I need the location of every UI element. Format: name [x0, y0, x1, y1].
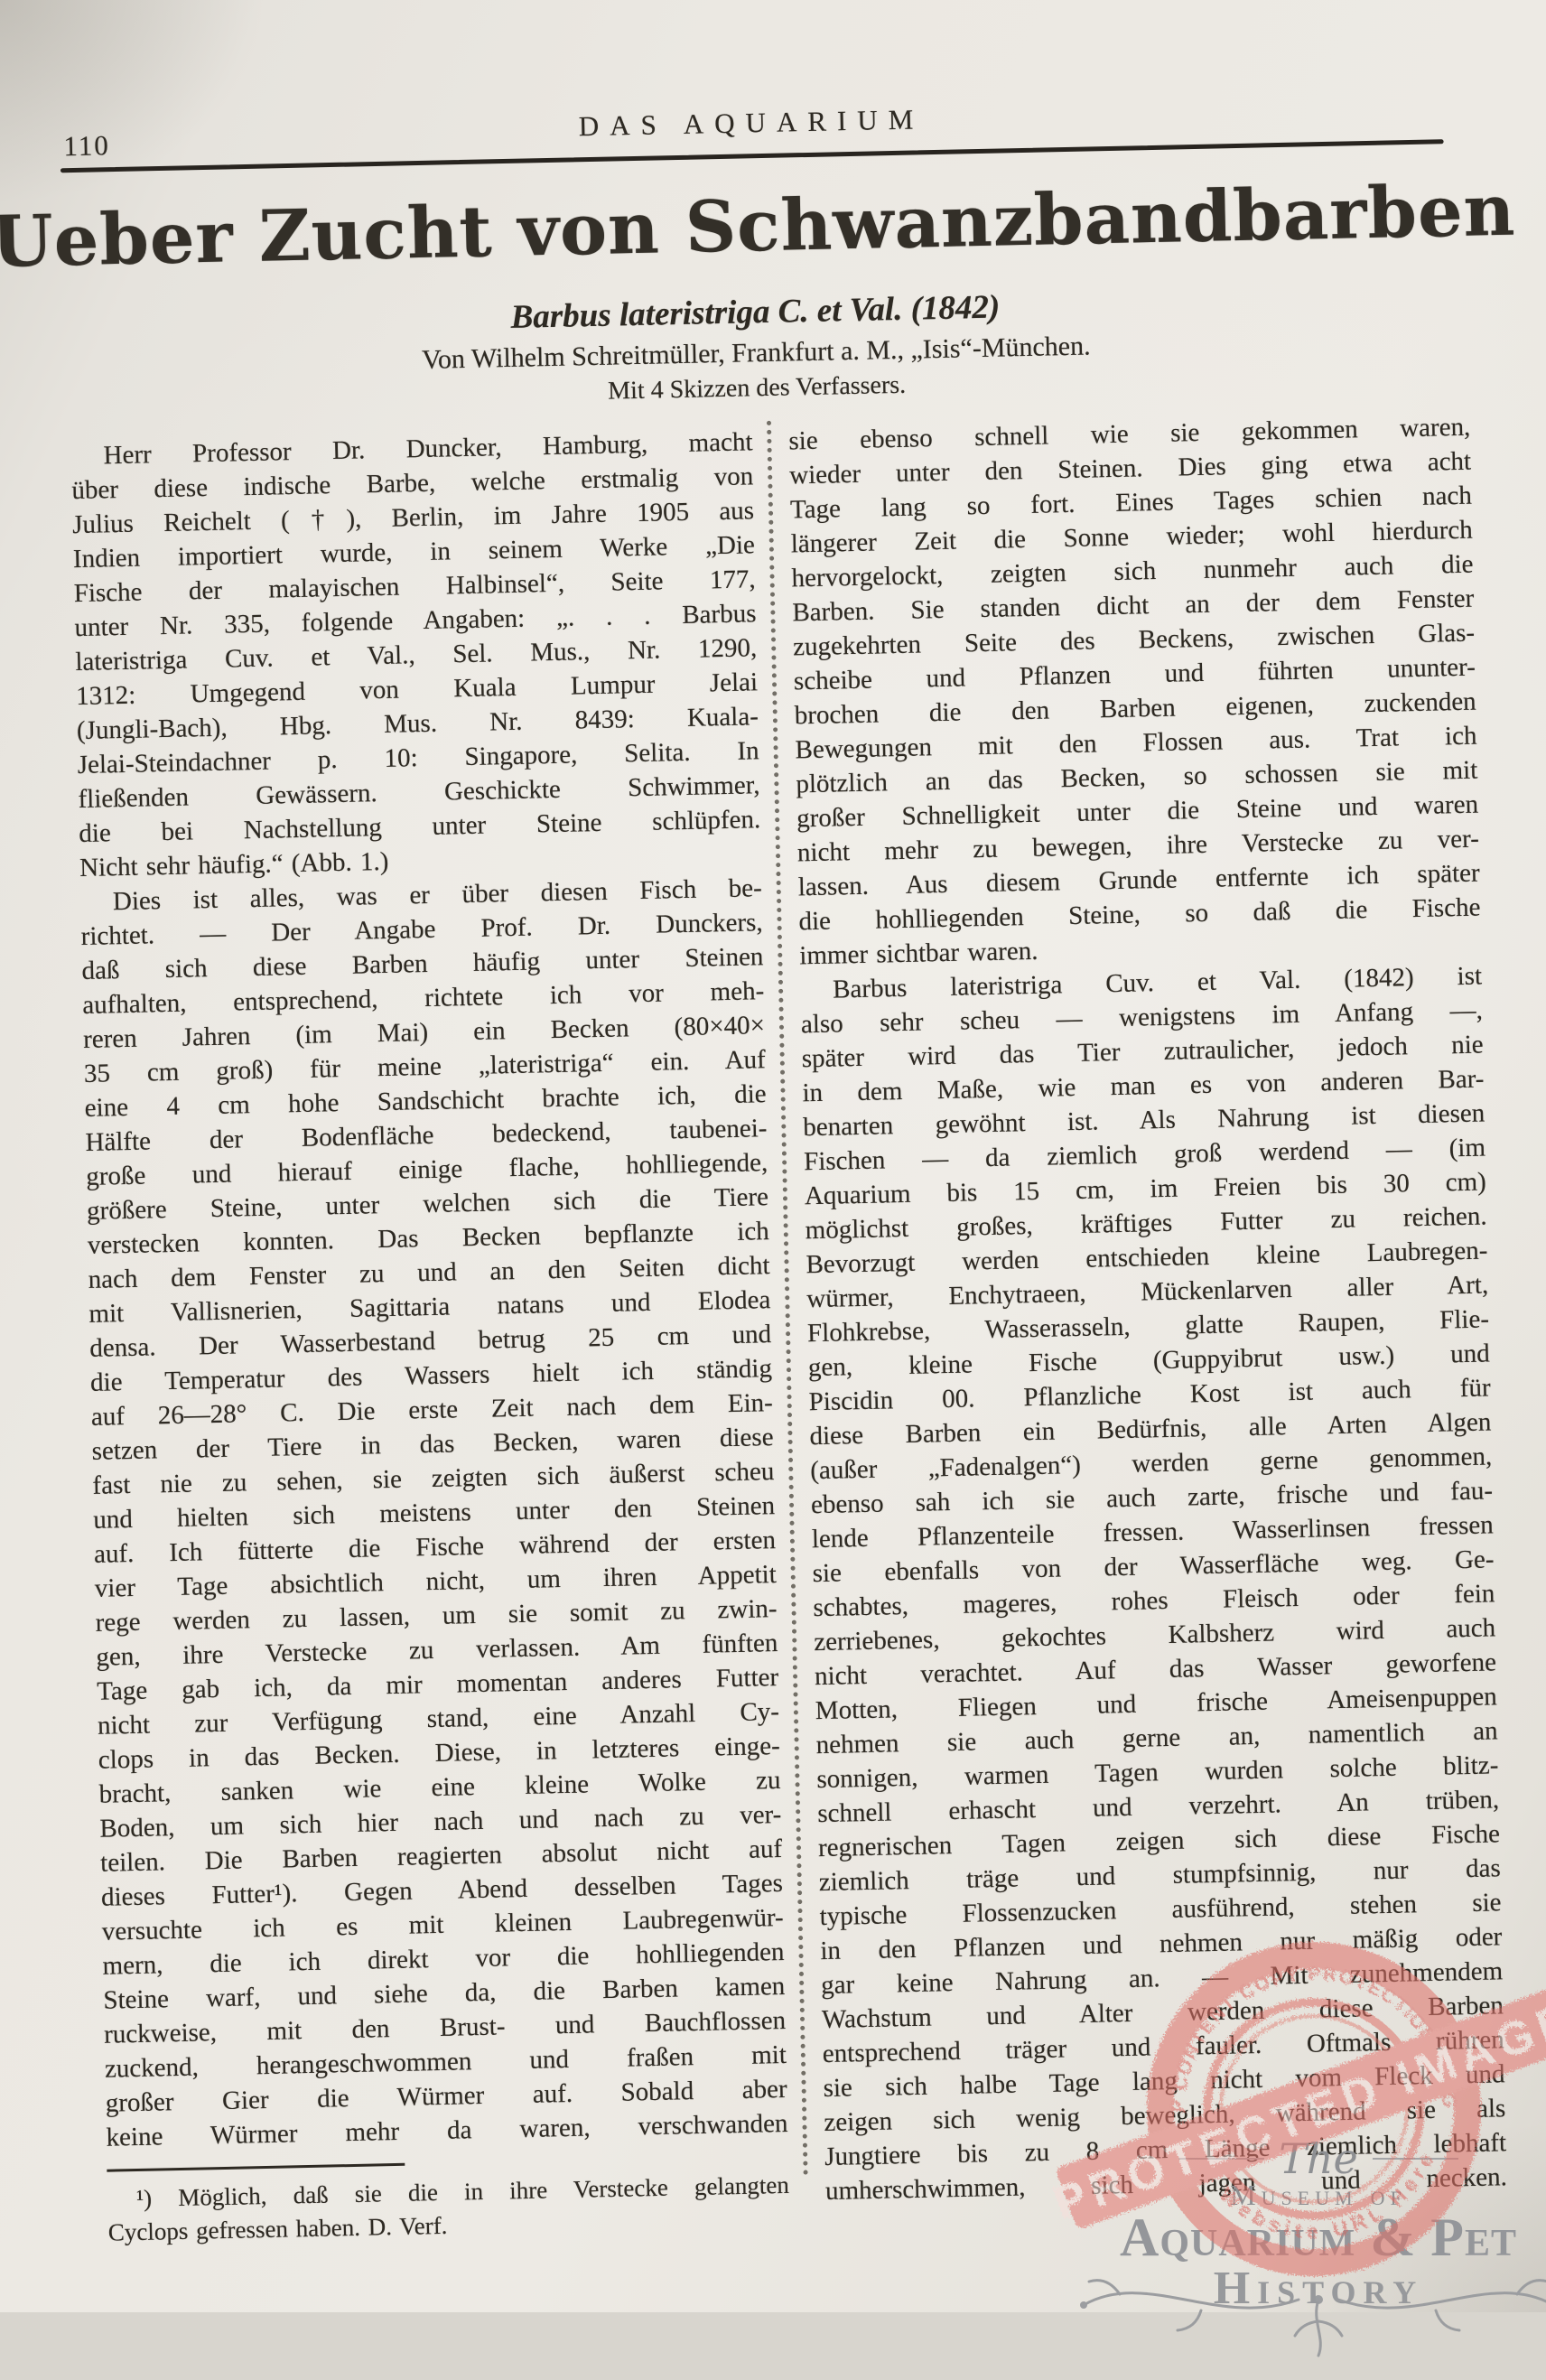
museum-logo: The Museum of Aquarium & Pet History [1038, 2137, 1546, 2312]
logo-dash-left [1178, 2158, 1264, 2160]
paragraph: sie ebenso schnell wie sie gekommen ware… [788, 410, 1482, 974]
paragraph: Herr Professor Dr. Duncker, Hamburg, mac… [70, 425, 761, 885]
column-right: sie ebenso schnell wie sie gekommen ware… [788, 410, 1507, 2208]
logo-history: History [1038, 2265, 1546, 2312]
column-left: Herr Professor Dr. Duncker, Hamburg, mac… [70, 425, 790, 2249]
paragraph: Dies ist alles, was er über diesen Fisch… [80, 871, 788, 2155]
logo-dash-right [1373, 2158, 1458, 2160]
footnote: ¹) Möglich, daß sie die in ihre Versteck… [107, 2169, 790, 2250]
logo-aquarium-pet: Aquarium & Pet [1038, 2209, 1546, 2265]
scanned-page: 110 DAS AQUARIUM Ueber Zucht von Schwanz… [0, 0, 1546, 2312]
page-content: 110 DAS AQUARIUM Ueber Zucht von Schwanz… [0, 0, 1546, 2312]
logo-the: The [1279, 2137, 1358, 2180]
logo-the-row: The [1038, 2137, 1546, 2180]
article-title: Ueber Zucht von Schwanzbandbarben [0, 161, 1527, 293]
paragraph: Barbus lateristriga Cuv. et Val. (1842) … [800, 959, 1507, 2209]
footnote-rule [107, 2163, 405, 2172]
logo-museum-of: Museum of [1038, 2180, 1546, 2209]
